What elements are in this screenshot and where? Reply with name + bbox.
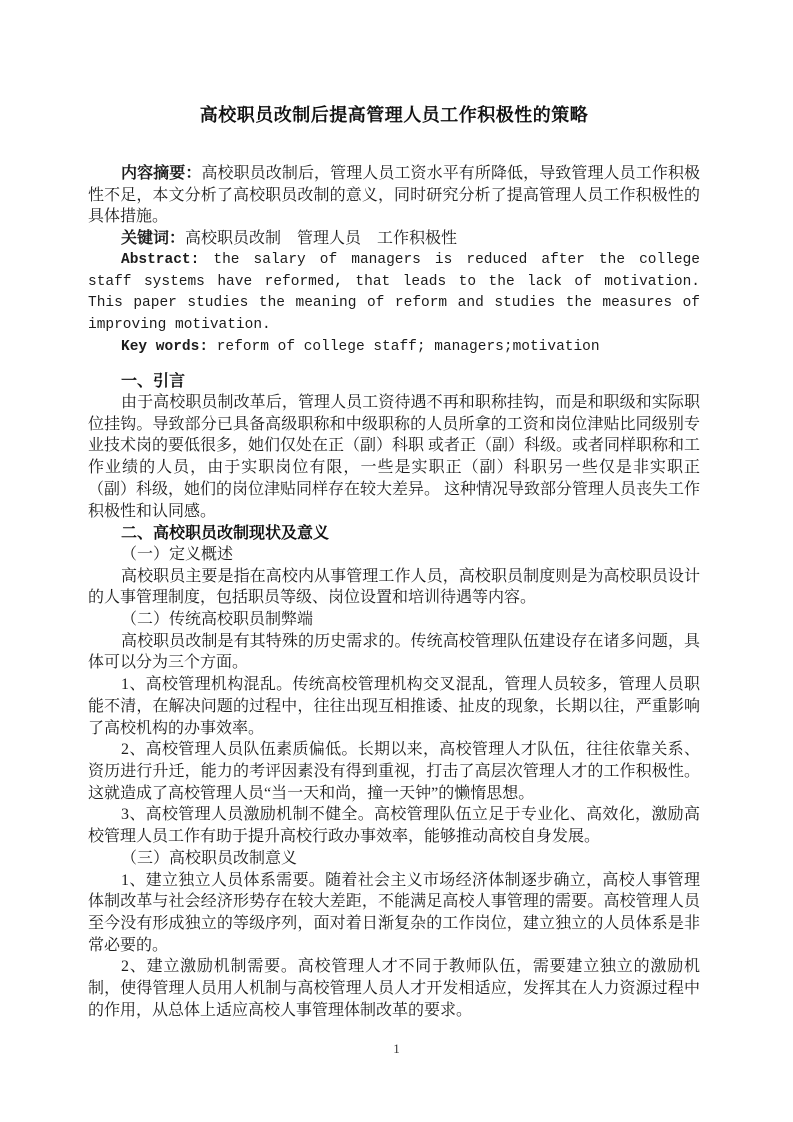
body-paragraph: 高校职员主要是指在高校内从事管理工作人员，高校职员制度则是为高校职员设计的人事管… <box>88 566 700 609</box>
subsection-heading: （三）高校职员改制意义 <box>88 848 700 870</box>
body-paragraph: 高校职员改制是有其特殊的历史需求的。传统高校管理队伍建设存在诸多问题，具体可以分… <box>88 631 700 674</box>
document-title: 高校职员改制后提高管理人员工作积极性的策略 <box>88 103 700 129</box>
body-paragraph: 2、高校管理人员队伍素质偏低。长期以来，高校管理人才队伍，往往依靠关系、资历进行… <box>88 739 700 804</box>
subsection-heading: （一）定义概述 <box>88 544 700 566</box>
section-heading: 一、引言 <box>88 370 700 392</box>
paragraph-lead: 关键词： <box>121 230 185 247</box>
paragraph-lead: 内容摘要： <box>121 165 201 182</box>
paragraph-lead: Key words: <box>121 339 208 355</box>
document-body: 内容摘要：高校职员改制后，管理人员工资水平有所降低，导致管理人员工作积极性不足，… <box>88 163 700 1021</box>
document-page: 高校职员改制后提高管理人员工作积极性的策略 内容摘要：高校职员改制后，管理人员工… <box>0 0 793 1122</box>
body-paragraph: 关键词：高校职员改制 管理人员 工作积极性 <box>88 228 700 250</box>
paragraph-lead: Abstract: <box>121 252 199 268</box>
body-paragraph-english: Abstract: the salary of managers is redu… <box>88 250 700 337</box>
subsection-heading: （二）传统高校职员制弊端 <box>88 609 700 631</box>
page-number: 1 <box>0 1041 793 1057</box>
document-content: 高校职员改制后提高管理人员工作积极性的策略 内容摘要：高校职员改制后，管理人员工… <box>88 103 700 1021</box>
paragraph-spacer <box>88 358 700 370</box>
body-paragraph: 1、建立独立人员体系需要。随着社会主义市场经济体制逐步确立，高校人事管理体制改革… <box>88 870 700 957</box>
body-paragraph: 3、高校管理人员激励机制不健全。高校管理队伍立足于专业化、高效化，激励高校管理人… <box>88 804 700 847</box>
section-heading: 二、高校职员改制现状及意义 <box>88 522 700 544</box>
body-paragraph: 内容摘要：高校职员改制后，管理人员工资水平有所降低，导致管理人员工作积极性不足，… <box>88 163 700 228</box>
body-paragraph: 由于高校职员制改革后，管理人员工资待遇不再和职称挂钩，而是和职级和实际职位挂钩。… <box>88 392 700 522</box>
body-paragraph-english: Key words: reform of college staff; mana… <box>88 337 700 359</box>
body-paragraph: 2、建立激励机制需要。高校管理人才不同于教师队伍，需要建立独立的激励机制，使得管… <box>88 956 700 1021</box>
body-paragraph: 1、高校管理机构混乱。传统高校管理机构交叉混乱，管理人员较多，管理人员职能不清，… <box>88 674 700 739</box>
